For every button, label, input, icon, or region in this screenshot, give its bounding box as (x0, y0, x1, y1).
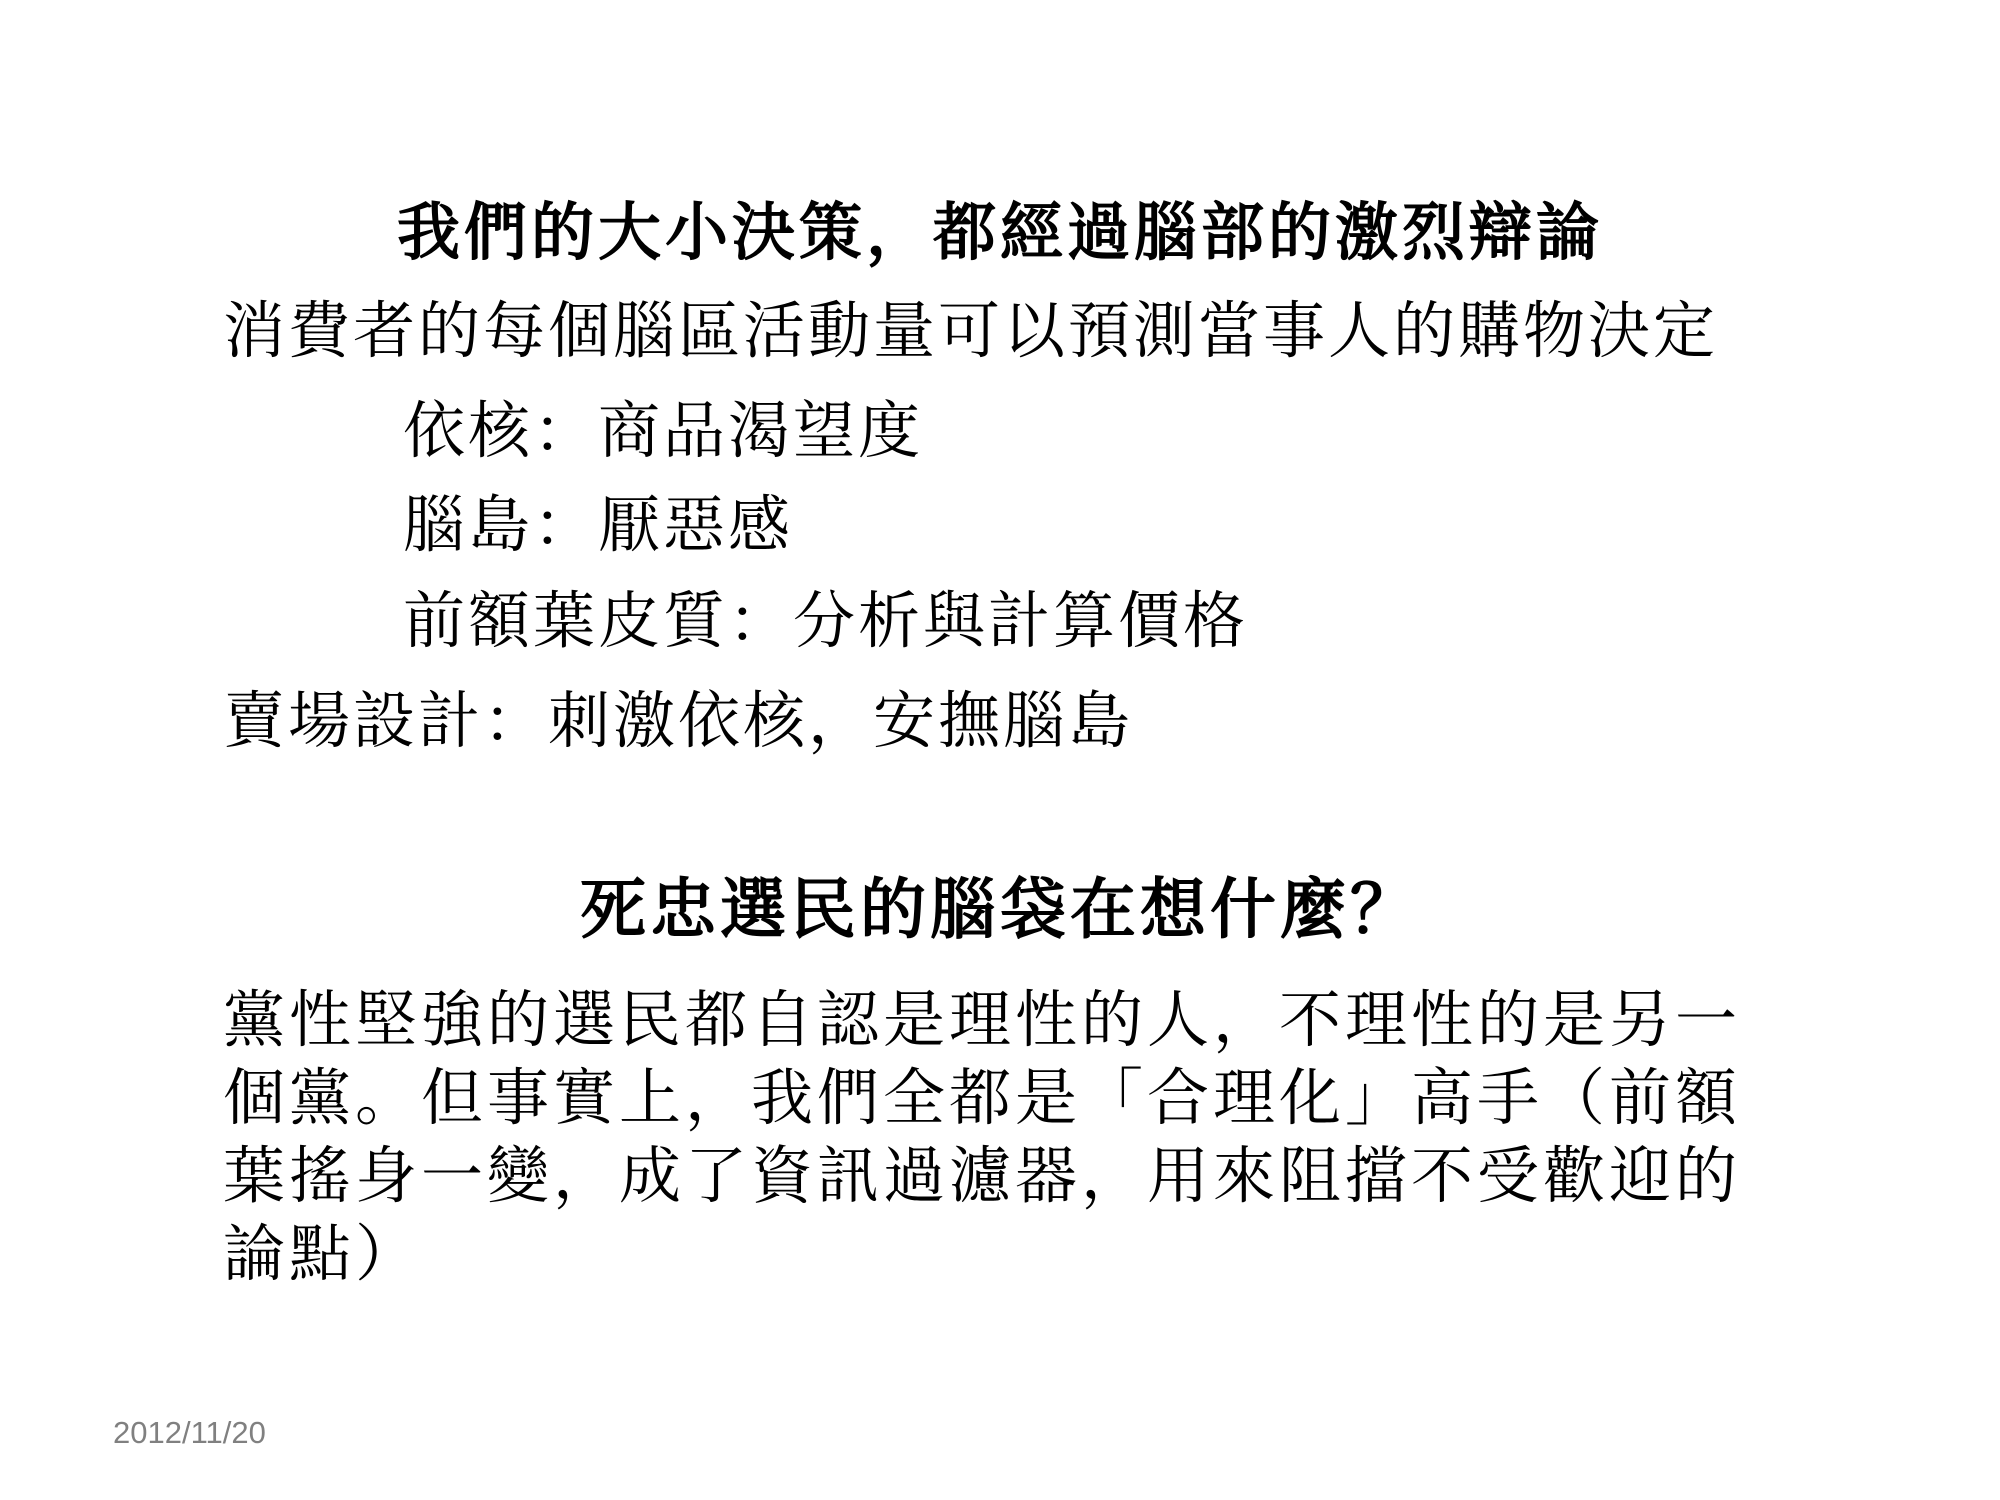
brain-region-item-prefrontal-cortex: 前額葉皮質：分析與計算價格 (403, 590, 1248, 654)
section1-title: 我們的大小決策，都經過腦部的激烈辯論 (0, 200, 2000, 266)
section1-intro-line: 消費者的每個腦區活動量可以預測當事人的購物決定 (223, 300, 1718, 364)
paragraph-line-3: 葉搖身一變，成了資訊過濾器，用來阻擋不受歡迎的 (223, 1138, 1843, 1216)
brain-region-item-nucleus-accumbens: 依核：商品渴望度 (403, 400, 923, 464)
paragraph-line-4: 論點） (223, 1216, 1843, 1294)
brain-region-item-insula: 腦島：厭惡感 (403, 494, 793, 558)
section1-store-design-line: 賣場設計：刺激依核，安撫腦島 (223, 690, 1133, 754)
slide-date: 2012/11/20 (113, 1415, 266, 1451)
section2-paragraph: 黨性堅強的選民都自認是理性的人，不理性的是另一 個黨。但事實上，我們全都是「合理… (223, 982, 1843, 1294)
paragraph-line-1: 黨性堅強的選民都自認是理性的人，不理性的是另一 (223, 982, 1843, 1060)
section2-title: 死忠選民的腦袋在想什麼？ (0, 878, 2000, 944)
paragraph-line-2: 個黨。但事實上，我們全都是「合理化」高手（前額 (223, 1060, 1843, 1138)
slide-canvas: 我們的大小決策，都經過腦部的激烈辯論 消費者的每個腦區活動量可以預測當事人的購物… (0, 0, 2000, 1500)
